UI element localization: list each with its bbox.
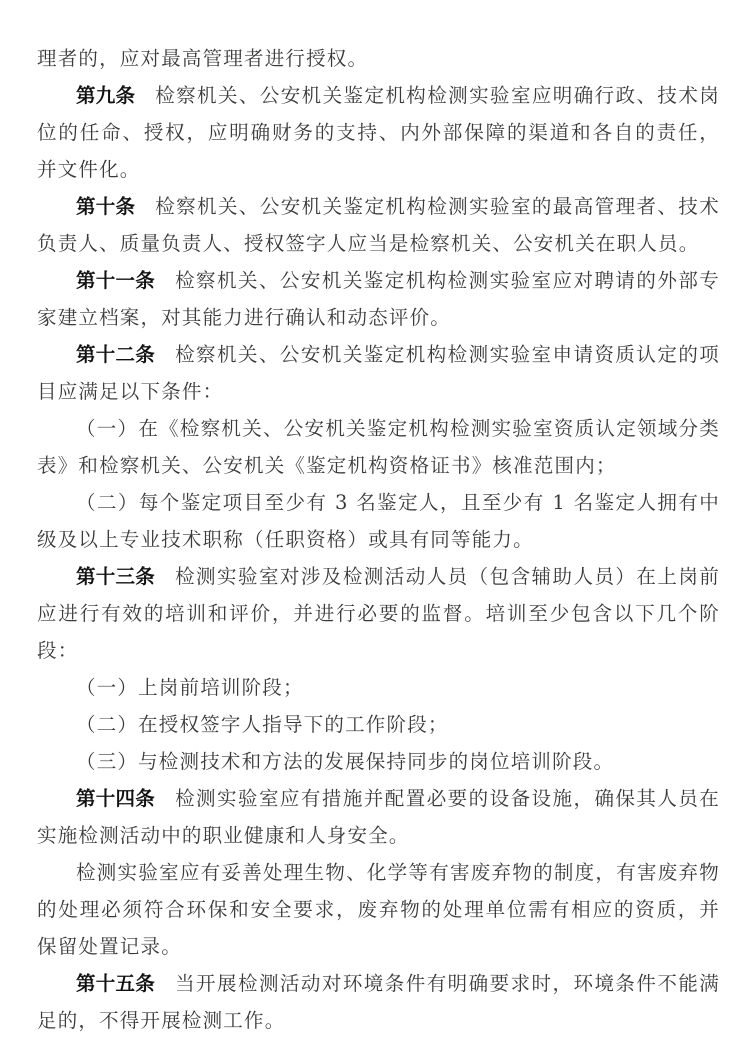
article-heading: 第十三条 xyxy=(76,565,155,588)
paragraph-text: （三）与检测技术和方法的发展保持同步的岗位培训阶段。 xyxy=(76,750,614,773)
article-15: 第十五条当开展检测活动对环境条件有明确要求时，环境条件不能满足的，不得开展检测工… xyxy=(37,965,720,1039)
article-heading: 第十一条 xyxy=(76,269,155,292)
paragraph-text: 检察机关、公安机关鉴定机构检测实验室应明确行政、技术岗位的任命、授权，应明确财务… xyxy=(37,84,720,181)
paragraph-text: （二）每个鉴定项目至少有 3 名鉴定人，且至少有 1 名鉴定人拥有中级及以上专业… xyxy=(37,491,720,551)
article-14: 第十四条检测实验室应有措施并配置必要的设备设施，确保其人员在实施检测活动中的职业… xyxy=(37,780,720,854)
paragraph-text: （一）在《检察机关、公安机关鉴定机构检测实验室资质认定领域分类表》和检察机关、公… xyxy=(37,417,720,477)
paragraph-text: 检察机关、公安机关鉴定机构检测实验室的最高管理者、技术负责人、质量负责人、授权签… xyxy=(37,195,720,255)
article-11: 第十一条检察机关、公安机关鉴定机构检测实验室应对聘请的外部专家建立档案，对其能力… xyxy=(37,262,720,336)
article-12-item-1: （一）在《检察机关、公安机关鉴定机构检测实验室资质认定领域分类表》和检察机关、公… xyxy=(37,410,720,484)
paragraph-text: （一）上岗前培训阶段； xyxy=(76,676,304,699)
article-heading: 第十条 xyxy=(76,195,135,218)
article-13-item-1: （一）上岗前培训阶段； xyxy=(37,669,720,706)
article-heading: 第十四条 xyxy=(76,787,155,810)
paragraph-text: 理者的，应对最高管理者进行授权。 xyxy=(37,47,368,70)
paragraph-continuation: 理者的，应对最高管理者进行授权。 xyxy=(37,40,720,77)
article-9: 第九条检察机关、公安机关鉴定机构检测实验室应明确行政、技术岗位的任命、授权，应明… xyxy=(37,77,720,188)
article-heading: 第十五条 xyxy=(76,972,155,995)
article-14-waste: 检测实验室应有妥善处理生物、化学等有害废弃物的制度，有害废弃物的处理必须符合环保… xyxy=(37,854,720,965)
article-10: 第十条检察机关、公安机关鉴定机构检测实验室的最高管理者、技术负责人、质量负责人、… xyxy=(37,188,720,262)
article-12: 第十二条检察机关、公安机关鉴定机构检测实验室申请资质认定的项目应满足以下条件： xyxy=(37,336,720,410)
article-13-item-2: （二）在授权签字人指导下的工作阶段； xyxy=(37,706,720,743)
article-heading: 第九条 xyxy=(76,84,135,107)
paragraph-text: 检测实验室应有妥善处理生物、化学等有害废弃物的制度，有害废弃物的处理必须符合环保… xyxy=(37,861,720,958)
article-13: 第十三条检测实验室对涉及检测活动人员（包含辅助人员）在上岗前应进行有效的培训和评… xyxy=(37,558,720,669)
document-page: 理者的，应对最高管理者进行授权。 第九条检察机关、公安机关鉴定机构检测实验室应明… xyxy=(37,40,720,1039)
article-heading: 第十二条 xyxy=(76,343,155,366)
paragraph-text: （二）在授权签字人指导下的工作阶段； xyxy=(76,713,449,736)
article-13-item-3: （三）与检测技术和方法的发展保持同步的岗位培训阶段。 xyxy=(37,743,720,780)
article-12-item-2: （二）每个鉴定项目至少有 3 名鉴定人，且至少有 1 名鉴定人拥有中级及以上专业… xyxy=(37,484,720,558)
